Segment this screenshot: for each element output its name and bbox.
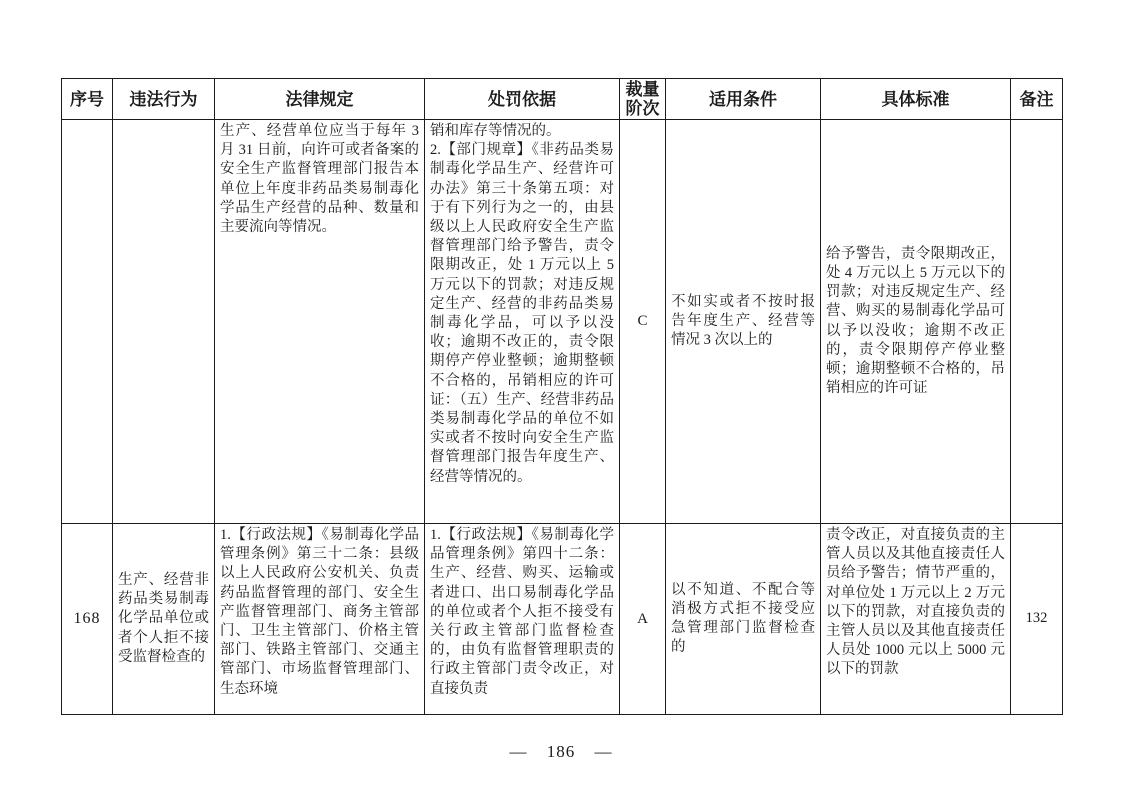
- row2-basis: 1.【行政法规】《易制毒化学品管理条例》第四十二条：生产、经营、购买、运输或者进…: [430, 526, 614, 699]
- row2-standard-cell: 责令改正，对直接负责的主管人员以及其他直接责任人员给予警告；情节严重的，对单位处…: [821, 524, 1011, 715]
- header-law-label: 法律规定: [215, 79, 424, 119]
- row2-behavior: 生产、经营非药品类易制毒化学品单位或者个人拒不接受监督检查的: [118, 571, 209, 667]
- header-condition: 适用条件: [666, 79, 821, 120]
- header-level-label: 裁量阶次: [620, 79, 665, 119]
- page-number: — 186 —: [0, 742, 1122, 762]
- row2-basis-cell: 1.【行政法规】《易制毒化学品管理条例》第四十二条：生产、经营、购买、运输或者进…: [425, 524, 620, 715]
- row2-law: 1.【行政法规】《易制毒化学品管理条例》第三十二条：县级以上人民政府公安机关、负…: [220, 526, 419, 699]
- row2-remark-cell: 132: [1011, 524, 1063, 715]
- row1-level: C: [625, 313, 660, 330]
- row2-condition-cell: 以不知道、不配合等消极方式拒不接受应急管理部门监督检查的: [666, 524, 821, 715]
- header-basis: 处罚依据: [425, 79, 620, 120]
- header-remark-label: 备注: [1011, 79, 1062, 119]
- row1-condition-cell: 不如实或者不按时报告年度生产、经营等情况 3 次以上的: [666, 120, 821, 524]
- header-basis-label: 处罚依据: [425, 79, 619, 119]
- row2-law-cell: 1.【行政法规】《易制毒化学品管理条例》第三十二条：县级以上人民政府公安机关、负…: [215, 524, 425, 715]
- header-behavior-label: 违法行为: [113, 79, 214, 119]
- header-seq-label: 序号: [62, 79, 112, 119]
- row1-law: 生产、经营单位应当于每年 3 月 31 日前，向许可或者备案的安全生产监督管理部…: [220, 122, 419, 237]
- row1-behavior-cell: [113, 120, 215, 524]
- row2-seq-cell: 168: [62, 524, 113, 715]
- header-level: 裁量阶次: [620, 79, 666, 120]
- row1-seq-cell: [62, 120, 113, 524]
- header-behavior: 违法行为: [113, 79, 215, 120]
- header-law: 法律规定: [215, 79, 425, 120]
- penalty-standards-table: 序号 违法行为 法律规定 处罚依据 裁量阶次 适用条件 具体标准 备注 生产、经…: [61, 78, 1063, 715]
- row2-condition: 以不知道、不配合等消极方式拒不接受应急管理部门监督检查的: [671, 581, 815, 658]
- row1-condition: 不如实或者不按时报告年度生产、经营等情况 3 次以上的: [671, 293, 815, 351]
- row2-behavior-cell: 生产、经营非药品类易制毒化学品单位或者个人拒不接受监督检查的: [113, 524, 215, 715]
- row1-level-cell: C: [620, 120, 666, 524]
- row2-standard: 责令改正，对直接负责的主管人员以及其他直接责任人员给予警告；情节严重的，对单位处…: [826, 526, 1005, 680]
- header-standard: 具体标准: [821, 79, 1011, 120]
- header-seq: 序号: [62, 79, 113, 120]
- row2-level-cell: A: [620, 524, 666, 715]
- row1-standard: 给予警告，责令限期改正，处 4 万元以上 5 万元以下的罚款；对违反规定生产、经…: [826, 245, 1005, 399]
- row1-basis: 销和库存等情况的。 2.【部门规章】《非药品类易制毒化学品生产、经营许可办法》第…: [430, 122, 614, 487]
- table-row: 生产、经营单位应当于每年 3 月 31 日前，向许可或者备案的安全生产监督管理部…: [62, 120, 1063, 524]
- row1-standard-cell: 给予警告，责令限期改正，处 4 万元以上 5 万元以下的罚款；对违反规定生产、经…: [821, 120, 1011, 524]
- table-row: 168 生产、经营非药品类易制毒化学品单位或者个人拒不接受监督检查的 1.【行政…: [62, 524, 1063, 715]
- row2-level: A: [625, 611, 660, 628]
- row1-remark-cell: [1011, 120, 1063, 524]
- document-page: 序号 违法行为 法律规定 处罚依据 裁量阶次 适用条件 具体标准 备注 生产、经…: [0, 0, 1122, 793]
- row2-seq: 168: [67, 610, 107, 628]
- row1-law-cell: 生产、经营单位应当于每年 3 月 31 日前，向许可或者备案的安全生产监督管理部…: [215, 120, 425, 524]
- header-standard-label: 具体标准: [821, 79, 1010, 119]
- row2-remark: 132: [1016, 609, 1057, 628]
- header-condition-label: 适用条件: [666, 79, 820, 119]
- table-header-row: 序号 违法行为 法律规定 处罚依据 裁量阶次 适用条件 具体标准 备注: [62, 79, 1063, 120]
- header-remark: 备注: [1011, 79, 1063, 120]
- row1-basis-cell: 销和库存等情况的。 2.【部门规章】《非药品类易制毒化学品生产、经营许可办法》第…: [425, 120, 620, 524]
